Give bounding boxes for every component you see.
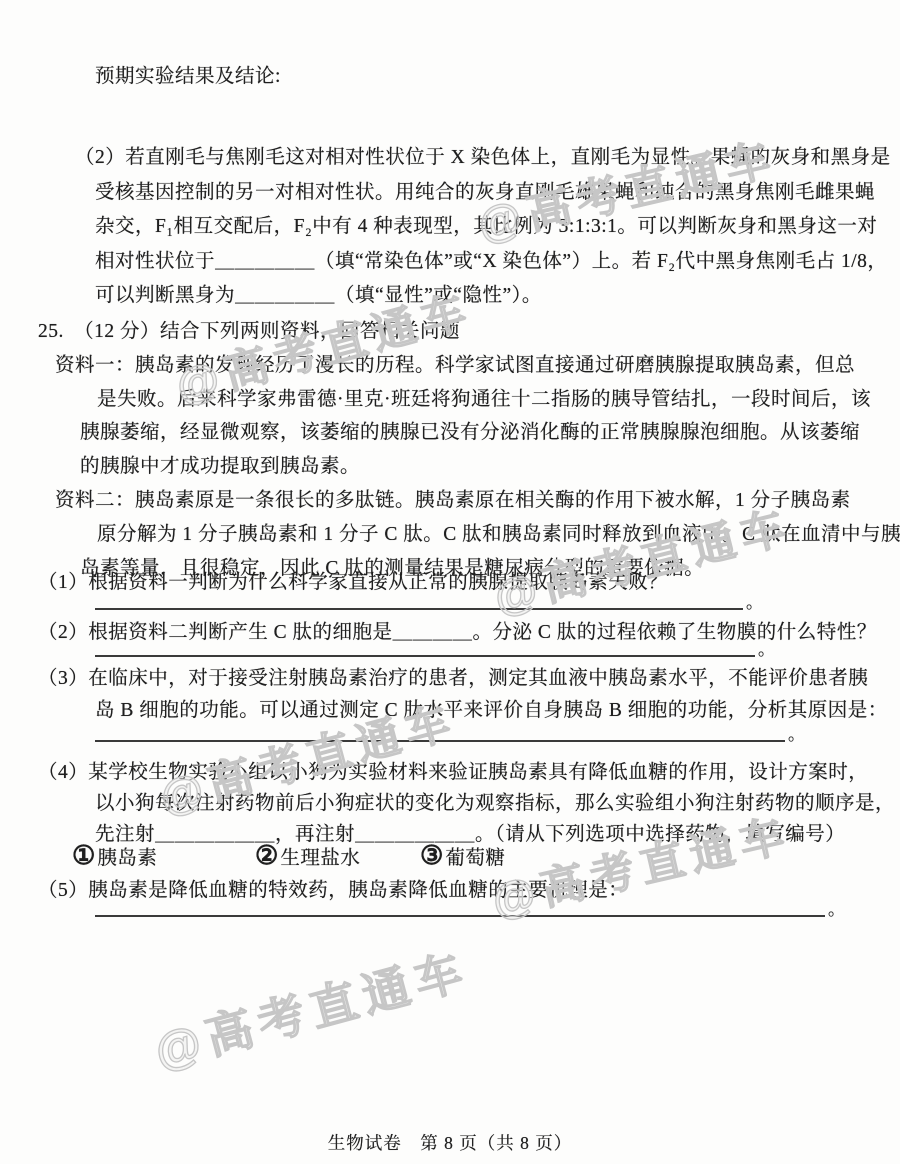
question-25: 25. （12 分）结合下列两则资料，回答相关问题 资料一：胰岛素的发现经历了漫… [0,315,900,585]
paragraph-line: 可以判断黑身为＿＿＿＿＿（填“显性”或“隐性”）。 [0,279,891,314]
answer-line: 。 [95,643,775,657]
circled-2-icon: ② [255,842,278,870]
question-line: 岛 B 细胞的功能。可以通过测定 C 肽水平来评价自身胰岛 B 细胞的功能，分析… [0,695,888,727]
watermark: @高考直通车 [146,934,475,1082]
question-25-header: 25. （12 分）结合下列两则资料，回答相关问题 [0,315,900,349]
circled-3-icon: ③ [420,842,443,870]
option-3-label: 葡萄糖 [445,842,505,870]
material-1-line: 的胰腺中才成功提取到胰岛素。 [0,450,900,484]
option-1-label: 胰岛素 [97,842,157,870]
expected-results-label: 预期实验结果及结论: [95,60,281,88]
answer-rule [95,728,785,742]
question-24-part2: （2）若直刚毛与焦刚毛这对相对性状位于 X 染色体上，直刚毛为显性。果蝇的灰身和… [0,141,891,314]
period-mark: 。 [828,903,845,917]
sub-question-2: （2）根据资料二判断产生 C 肽的细胞是＿＿＿＿。分泌 C 肽的过程依赖了生物膜… [38,616,877,644]
option-1: ① 胰岛素 [72,842,157,870]
circled-1-icon: ① [72,842,95,870]
sub-question-1: （1）根据资料一判断为什么科学家直接从正常的胰腺提取胰岛素失败？ [38,566,668,594]
paragraph-line: 杂交，F₁相互交配后，F₂中有 4 种表现型，其比例为 3:1:3:1。可以判断… [0,210,891,245]
answer-line: 。 [95,903,845,917]
period-mark: 。 [758,643,775,657]
option-2: ② 生理盐水 [255,842,360,870]
paragraph-line: 相对性状位于＿＿＿＿＿（填“常染色体”或“X 染色体”）上。若 F₂代中黑身焦刚… [0,245,891,280]
answer-rule [95,643,755,657]
answer-line: 。 [95,728,805,742]
question-line: （4）某学校生物实验小组以小狗为实验材料来验证胰岛素具有降低血糖的作用，设计方案… [0,757,895,788]
option-3: ③ 葡萄糖 [420,842,505,870]
material-2-line: 原分解为 1 分子胰岛素和 1 分子 C 肽。C 肽和胰岛素同时释放到血液中。C… [0,518,900,552]
period-mark: 。 [788,728,805,742]
question-line: （3）在临床中，对于接受注射胰岛素治疗的患者，测定其血液中胰岛素水平，不能评价患… [0,663,888,695]
paragraph-line: （2）若直刚毛与焦刚毛这对相对性状位于 X 染色体上，直刚毛为显性。果蝇的灰身和… [0,141,891,176]
material-1-line: 胰腺萎缩，经显微观察，该萎缩的胰腺已没有分泌消化酶的正常胰腺腺泡细胞。从该萎缩 [0,416,900,450]
sub-question-4: （4）某学校生物实验小组以小狗为实验材料来验证胰岛素具有降低血糖的作用，设计方案… [0,757,895,850]
paragraph-line: 受核基因控制的另一对相对性状。用纯合的灰身直刚毛雄果蝇和纯合的黑身焦刚毛雌果蝇 [0,176,891,211]
exam-paper-page: 预期实验结果及结论: （2）若直刚毛与焦刚毛这对相对性状位于 X 染色体上，直刚… [0,0,900,1164]
sub-question-5: （5）胰岛素是降低血糖的特效药，胰岛素降低血糖的主要机理是： [38,874,628,902]
material-1-line: 资料一：胰岛素的发现经历了漫长的历程。科学家试图直接通过研磨胰腺提取胰岛素，但总 [0,349,900,383]
sub-question-3: （3）在临床中，对于接受注射胰岛素治疗的患者，测定其血液中胰岛素水平，不能评价患… [0,663,888,727]
page-footer: 生物试卷 第 8 页（共 8 页） [0,1130,900,1155]
option-2-label: 生理盐水 [280,842,360,870]
material-1-line: 是失败。后来科学家弗雷德·里克·班廷将狗通往十二指肠的胰导管结扎，一段时间后，该 [0,383,900,417]
answer-rule [95,596,743,610]
answer-line: 。 [95,596,763,610]
answer-rule [95,903,825,917]
drug-options-row: ① 胰岛素 ② 生理盐水 ③ 葡萄糖 [0,842,900,872]
period-mark: 。 [746,596,763,610]
material-2-line: 资料二：胰岛素原是一条很长的多肽链。胰岛素原在相关酶的作用下被水解，1 分子胰岛… [0,484,900,518]
question-line: 以小狗每次注射药物前后小狗症状的变化为观察指标，那么实验组小狗注射药物的顺序是， [0,788,895,819]
